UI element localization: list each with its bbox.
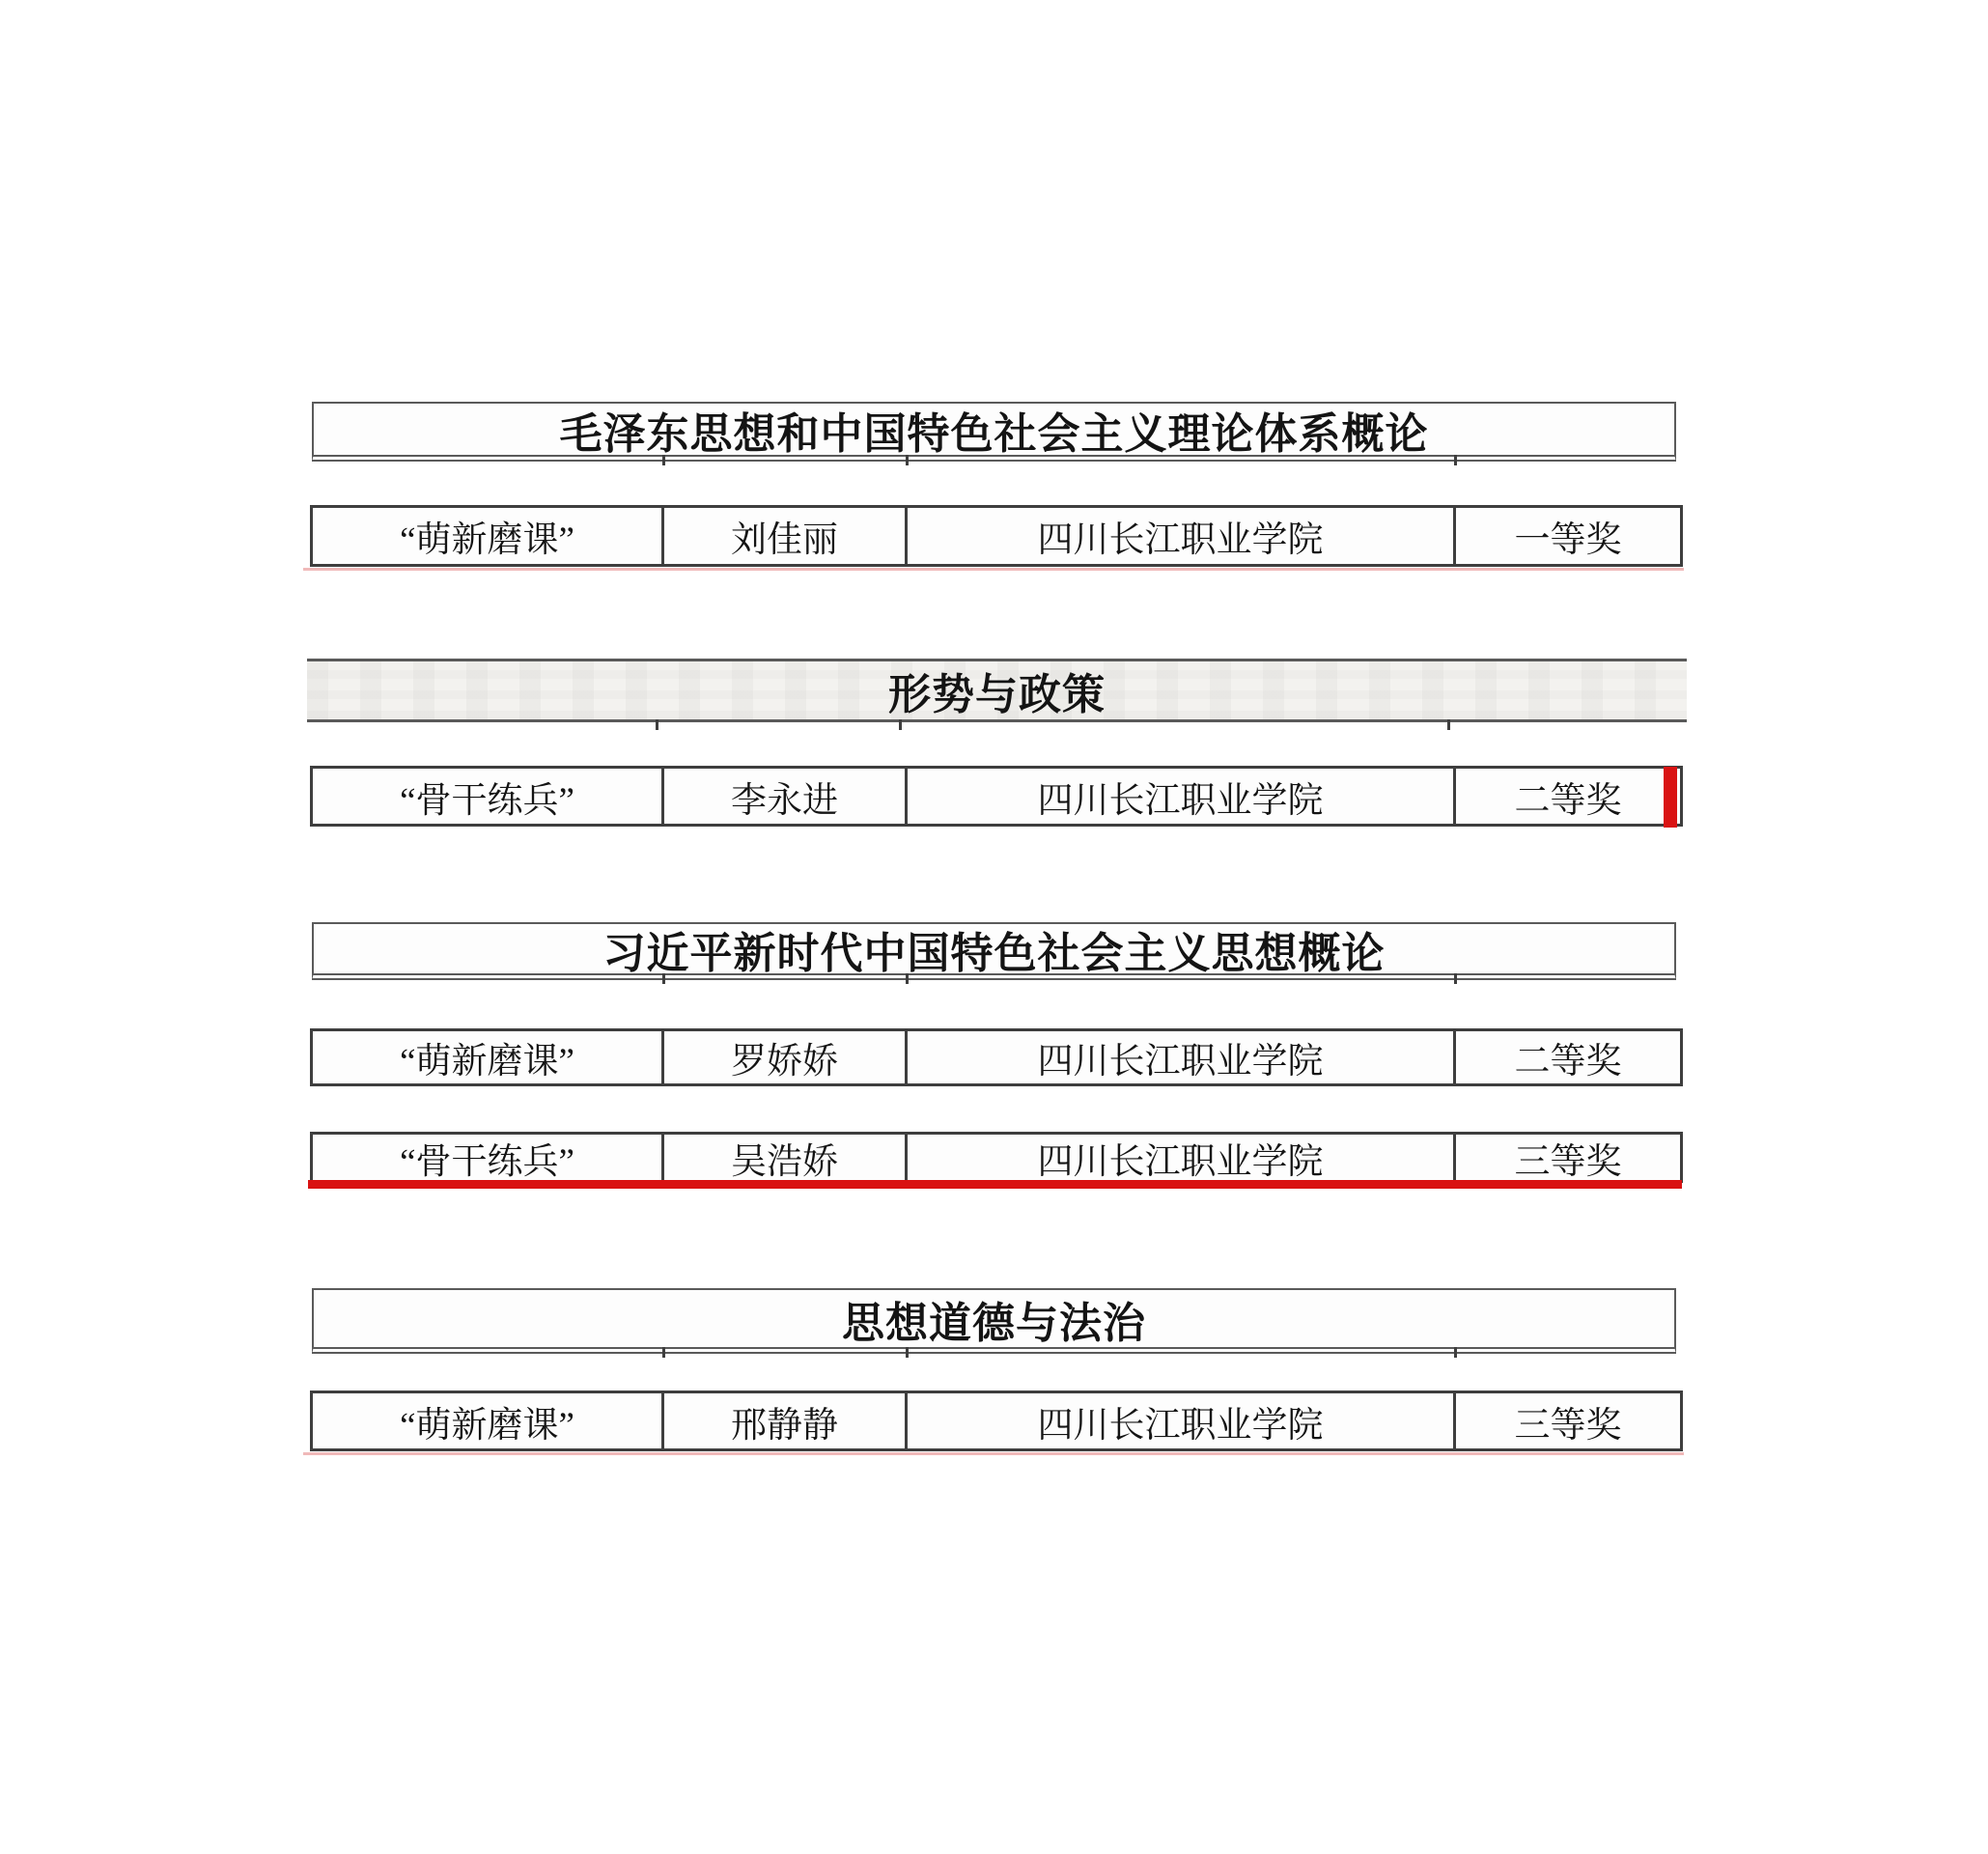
- award-table-row: “萌新磨课” 罗娇娇 四川长江职业学院 二等奖: [310, 1028, 1683, 1086]
- cell-teacher: 李永进: [661, 769, 905, 824]
- section-title: 毛泽东思想和中国特色社会主义理论体系概论: [560, 399, 1429, 461]
- column-tick-icon: [899, 719, 902, 730]
- cell-award: 二等奖: [1453, 1031, 1680, 1083]
- cell-award: 二等奖: [1453, 769, 1680, 824]
- column-tick-icon: [1454, 455, 1457, 465]
- cell-teacher: 吴浩娇: [661, 1135, 905, 1180]
- column-tick-icon: [662, 973, 665, 984]
- section-header-maozedong: 毛泽东思想和中国特色社会主义理论体系概论: [312, 402, 1676, 462]
- cell-award: 三等奖: [1453, 1135, 1680, 1180]
- cell-school: 四川长江职业学院: [905, 508, 1453, 564]
- cell-group: “骨干练兵”: [313, 769, 661, 824]
- section-header-xijinping: 习近平新时代中国特色社会主义思想概论: [312, 922, 1676, 980]
- cell-group: “萌新磨课”: [313, 508, 661, 564]
- section-title: 习近平新时代中国特色社会主义思想概论: [603, 918, 1386, 980]
- column-tick-icon: [1454, 1347, 1457, 1358]
- award-table-row: “萌新磨课” 邢静静 四川长江职业学院 三等奖: [310, 1390, 1683, 1451]
- cell-group: “骨干练兵”: [313, 1135, 661, 1180]
- column-tick-icon: [1454, 973, 1457, 984]
- column-tick-icon: [906, 973, 909, 984]
- cell-group: “萌新磨课”: [313, 1393, 661, 1448]
- cell-school: 四川长江职业学院: [905, 1393, 1453, 1448]
- cell-award: 一等奖: [1453, 508, 1680, 564]
- cell-teacher: 罗娇娇: [661, 1031, 905, 1083]
- cell-school: 四川长江职业学院: [905, 1135, 1453, 1180]
- section-header-sixiangdaode: 思想道德与法治: [312, 1288, 1676, 1354]
- column-tick-icon: [1447, 719, 1450, 730]
- cell-school: 四川长江职业学院: [905, 1031, 1453, 1083]
- award-table-row: “萌新磨课” 刘佳丽 四川长江职业学院 一等奖: [310, 505, 1683, 567]
- section-header-xingshi: 形势与政策: [307, 659, 1687, 722]
- award-table-row: “骨干练兵” 李永进 四川长江职业学院 二等奖: [310, 766, 1683, 827]
- section-title: 思想道德与法治: [842, 1288, 1146, 1350]
- column-tick-icon: [906, 1347, 909, 1358]
- column-tick-icon: [906, 455, 909, 465]
- cell-school: 四川长江职业学院: [905, 769, 1453, 824]
- column-tick-icon: [662, 1347, 665, 1358]
- column-tick-icon: [662, 455, 665, 465]
- cell-teacher: 刘佳丽: [661, 508, 905, 564]
- award-table-row: “骨干练兵” 吴浩娇 四川长江职业学院 三等奖: [310, 1132, 1683, 1183]
- cell-teacher: 邢静静: [661, 1393, 905, 1448]
- document-page: 毛泽东思想和中国特色社会主义理论体系概论 “萌新磨课” 刘佳丽 四川长江职业学院…: [0, 0, 1988, 1854]
- red-marker-icon: [1664, 767, 1677, 828]
- cell-group: “萌新磨课”: [313, 1031, 661, 1083]
- section-title: 形势与政策: [888, 660, 1106, 721]
- column-tick-icon: [656, 719, 658, 730]
- cell-award: 三等奖: [1453, 1393, 1680, 1448]
